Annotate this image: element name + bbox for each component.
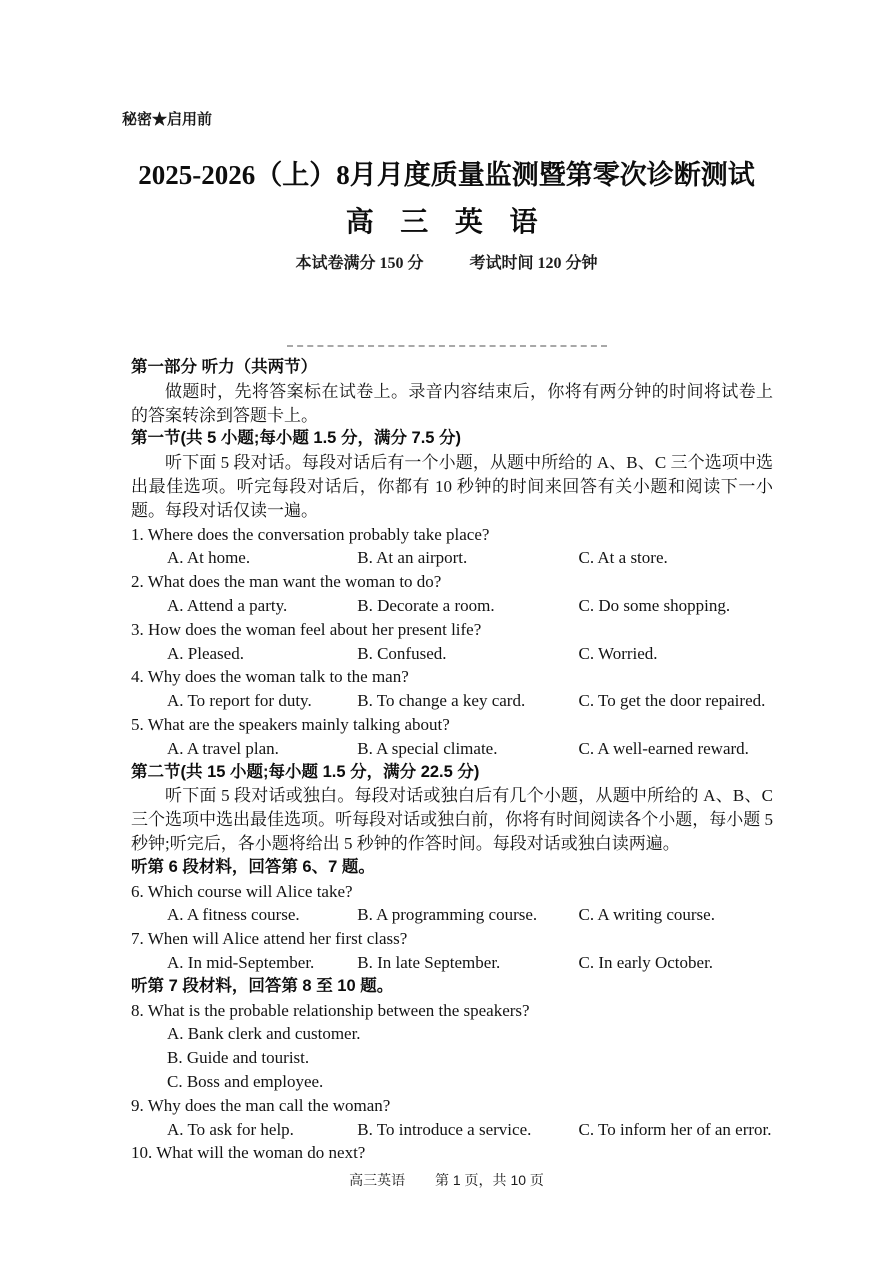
option-c: C. Do some shopping. — [579, 594, 731, 618]
question-text: 5. What are the speakers mainly talking … — [131, 713, 773, 737]
option-c: C. In early October. — [579, 951, 714, 975]
question-options: A. To ask for help. B. To introduce a se… — [131, 1118, 773, 1142]
question-options: A. A travel plan. B. A special climate. … — [131, 737, 773, 761]
option-a: A. To report for duty. — [167, 689, 353, 713]
footer-doc-label: 高三英语 — [349, 1172, 405, 1188]
section1-instructions: 听下面 5 段对话。每段对话后有一个小题，从题中所给的 A、B、C 三个选项中选… — [131, 451, 773, 522]
part1-heading: 第一部分 听力（共两节） — [131, 356, 773, 380]
question-text: 9. Why does the man call the woman? — [131, 1094, 773, 1118]
exam-paper-page: 秘密★启用前 2025-2026（上）8月月度质量监测暨第零次诊断测试 高 三 … — [0, 0, 893, 1263]
option-a: A. At home. — [167, 546, 353, 570]
question-text: 8. What is the probable relationship bet… — [131, 999, 773, 1023]
question-text: 6. Which course will Alice take? — [131, 880, 773, 904]
option-b: B. Guide and tourist. — [131, 1046, 773, 1070]
question-8: 8. What is the probable relationship bet… — [131, 999, 773, 1094]
option-b: B. At an airport. — [357, 546, 574, 570]
question-text: 1. Where does the conversation probably … — [131, 523, 773, 547]
option-b: B. A programming course. — [357, 903, 574, 927]
question-options: A. Pleased. B. Confused. C. Worried. — [131, 642, 773, 666]
option-a: A. A fitness course. — [167, 903, 353, 927]
question-text: 4. Why does the woman talk to the man? — [131, 665, 773, 689]
question-2: 2. What does the man want the woman to d… — [131, 570, 773, 618]
part1-intro: 做题时，先将答案标在试卷上。录音内容结束后，你将有两分钟的时间将试卷上的答案转涂… — [131, 380, 773, 428]
dashed-divider — [287, 345, 607, 347]
material6-heading: 听第 6 段材料，回答第 6、7 题。 — [131, 856, 773, 880]
question-options: A. In mid-September. B. In late Septembe… — [131, 951, 773, 975]
question-10: 10. What will the woman do next? — [131, 1141, 773, 1165]
option-b: B. A special climate. — [357, 737, 574, 761]
option-a: A. In mid-September. — [167, 951, 353, 975]
option-b: B. Confused. — [357, 642, 574, 666]
option-c: C. Boss and employee. — [131, 1070, 773, 1094]
question-9: 9. Why does the man call the woman? A. T… — [131, 1094, 773, 1142]
option-c: C. A writing course. — [579, 903, 715, 927]
material7-heading: 听第 7 段材料，回答第 8 至 10 题。 — [131, 975, 773, 999]
footer-page-number: 第 1 页，共 10 页 — [435, 1172, 544, 1188]
option-a: A. Bank clerk and customer. — [131, 1022, 773, 1046]
section2-heading: 第二节(共 15 小题;每小题 1.5 分，满分 22.5 分) — [131, 761, 773, 785]
question-options: A. To report for duty. B. To change a ke… — [131, 689, 773, 713]
option-c: C. A well-earned reward. — [579, 737, 749, 761]
exam-subject: 高 三 英 语 — [0, 200, 893, 240]
question-1: 1. Where does the conversation probably … — [131, 523, 773, 571]
total-score-label: 本试卷满分 150 分 — [295, 255, 423, 272]
option-c: C. To inform her of an error. — [579, 1118, 772, 1142]
question-3: 3. How does the woman feel about her pre… — [131, 618, 773, 666]
option-b: B. To change a key card. — [357, 689, 574, 713]
page-footer: 高三英语 第 1 页，共 10 页 — [0, 1170, 893, 1190]
option-b: B. Decorate a room. — [357, 594, 574, 618]
exam-title: 2025-2026（上）8月月度质量监测暨第零次诊断测试 — [0, 153, 893, 192]
security-label: 秘密★启用前 — [122, 108, 212, 129]
option-a: A. To ask for help. — [167, 1118, 353, 1142]
question-options: A. At home. B. At an airport. C. At a st… — [131, 546, 773, 570]
question-4: 4. Why does the woman talk to the man? A… — [131, 665, 773, 713]
option-b: B. In late September. — [357, 951, 574, 975]
option-c: C. Worried. — [579, 642, 658, 666]
question-text: 2. What does the man want the woman to d… — [131, 570, 773, 594]
section2-instructions: 听下面 5 段对话或独白。每段对话或独白后有几个小题，从题中所给的 A、B、C … — [131, 784, 773, 855]
option-a: A. Pleased. — [167, 642, 353, 666]
option-c: C. To get the door repaired. — [579, 689, 766, 713]
question-6: 6. Which course will Alice take? A. A fi… — [131, 880, 773, 928]
exam-body: 第一部分 听力（共两节） 做题时，先将答案标在试卷上。录音内容结束后，你将有两分… — [131, 356, 773, 1165]
question-5: 5. What are the speakers mainly talking … — [131, 713, 773, 761]
section1-heading: 第一节(共 5 小题;每小题 1.5 分，满分 7.5 分) — [131, 427, 773, 451]
question-text: 3. How does the woman feel about her pre… — [131, 618, 773, 642]
question-text: 7. When will Alice attend her first clas… — [131, 927, 773, 951]
option-a: A. Attend a party. — [167, 594, 353, 618]
exam-duration-label: 考试时间 120 分钟 — [470, 255, 598, 272]
option-c: C. At a store. — [579, 546, 668, 570]
option-b: B. To introduce a service. — [357, 1118, 574, 1142]
question-options: A. Attend a party. B. Decorate a room. C… — [131, 594, 773, 618]
question-7: 7. When will Alice attend her first clas… — [131, 927, 773, 975]
question-options: A. A fitness course. B. A programming co… — [131, 903, 773, 927]
option-a: A. A travel plan. — [167, 737, 353, 761]
question-text: 10. What will the woman do next? — [131, 1141, 773, 1165]
exam-info: 本试卷满分 150 分 考试时间 120 分钟 — [0, 250, 893, 273]
